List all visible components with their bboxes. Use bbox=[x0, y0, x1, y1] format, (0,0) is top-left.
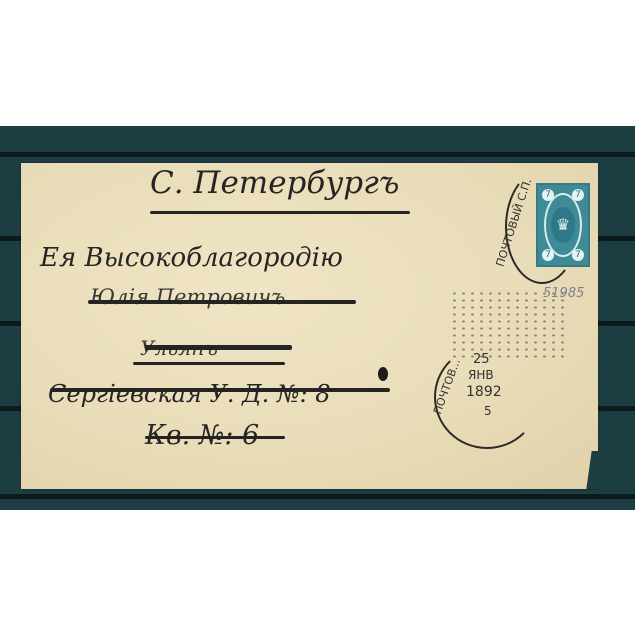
strikethrough bbox=[145, 436, 285, 439]
album-strip bbox=[0, 152, 635, 157]
strikethrough bbox=[88, 300, 356, 304]
address-street: Сергіевская У. Д. №: 8 bbox=[48, 380, 331, 408]
address-salutation: Ея Высокоблагородію bbox=[40, 243, 343, 273]
underline bbox=[150, 211, 410, 214]
postmark-year: 1892 bbox=[466, 384, 502, 400]
address-city: С. Петербургъ bbox=[150, 165, 399, 201]
pencil-note: 51985 bbox=[543, 286, 584, 301]
album-strip bbox=[0, 494, 635, 499]
ink-blot bbox=[378, 367, 388, 381]
postmark-day: 25 bbox=[473, 352, 490, 367]
postmark-office: 5 bbox=[484, 404, 492, 418]
postmark-month: ЯНВ bbox=[468, 368, 494, 382]
strikethrough bbox=[145, 345, 292, 350]
strikethrough bbox=[50, 388, 390, 392]
strikethrough bbox=[133, 362, 285, 365]
address-name: Юлія Петровичъ bbox=[90, 285, 285, 309]
